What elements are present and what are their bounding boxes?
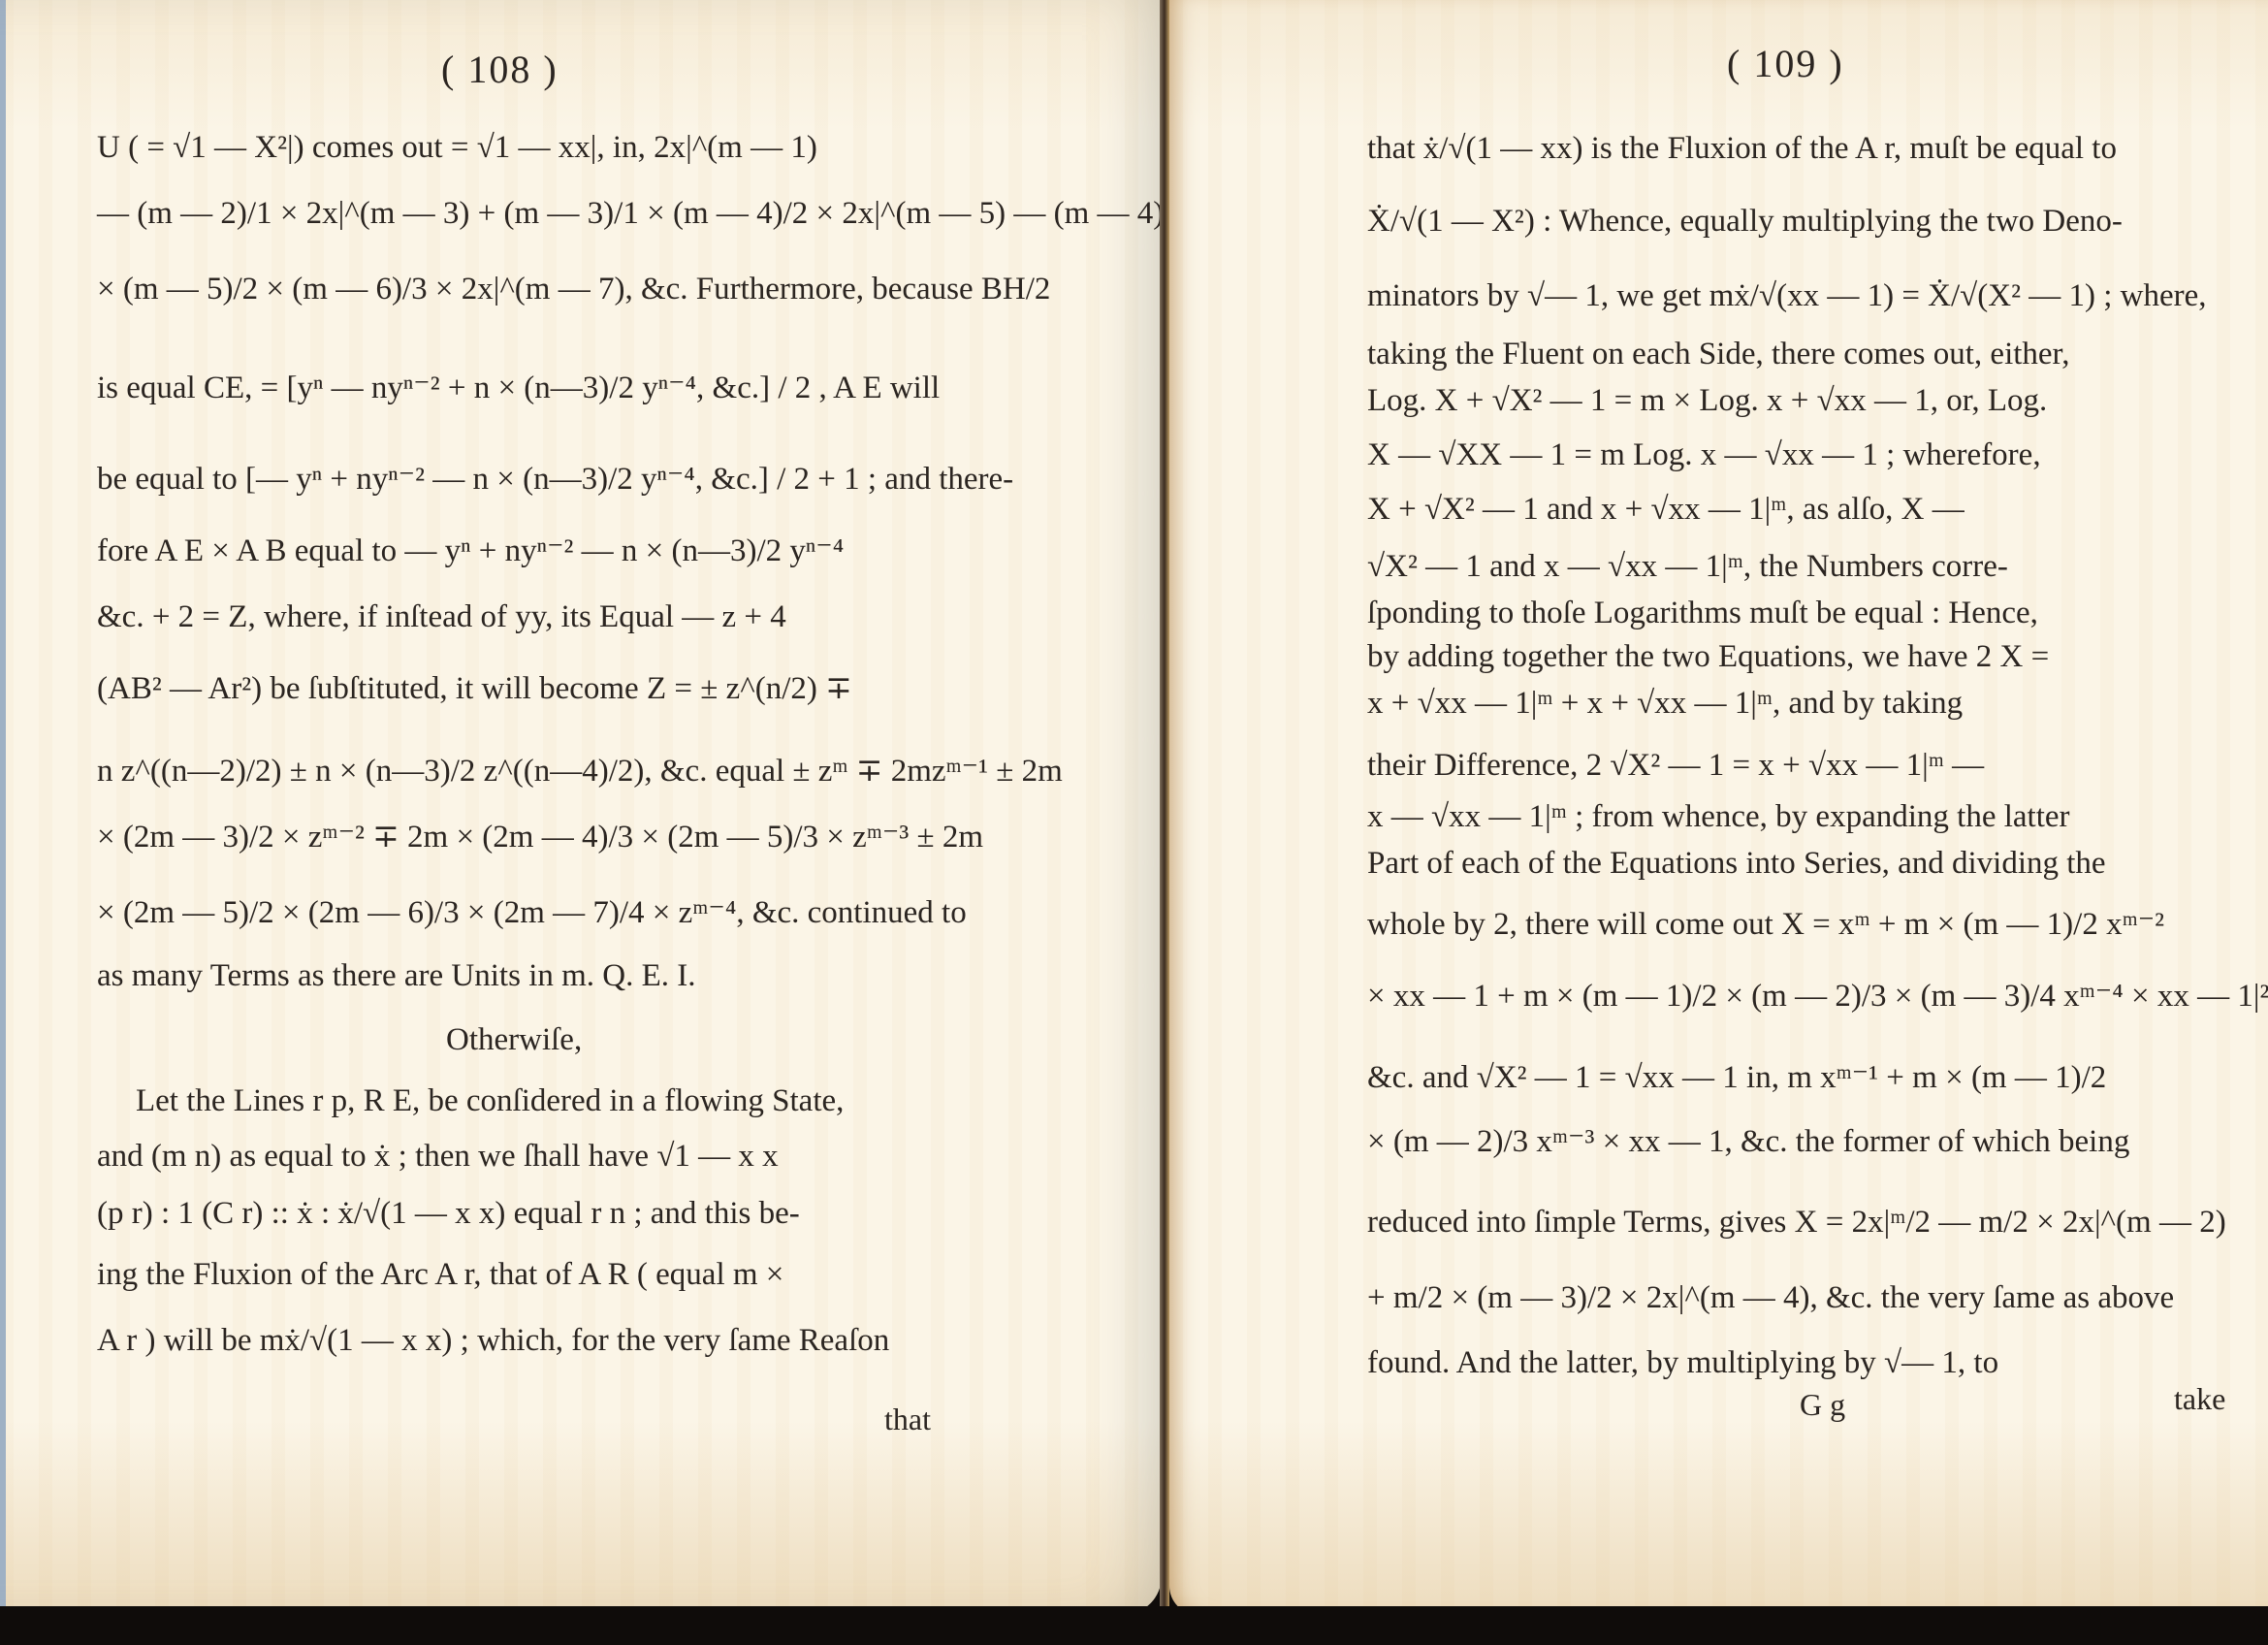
text-line: Ẋ/√(1 — X²) : Whence, equally multiplyin…	[1367, 202, 2123, 241]
paragraph-line: A r ) will be mẋ/√(1 — x x) ; which, for…	[97, 1321, 889, 1360]
text-line: × xx — 1 + m × (m — 1)/2 × (m — 2)/3 × (…	[1367, 977, 2268, 1016]
text-line: Part of each of the Equations into Serie…	[1367, 844, 2106, 883]
text-line: taking the Fluent on each Side, there co…	[1367, 335, 2069, 373]
page-number-108: ( 108 )	[441, 50, 559, 89]
text-line: ſponding to thoſe Logarithms muſt be equ…	[1367, 594, 2038, 632]
text-line: — (m — 2)/1 × 2x|^(m — 3) + (m — 3)/1 × …	[97, 194, 1189, 233]
text-line: x — √xx — 1|ᵐ ; from whence, by expandin…	[1367, 797, 2070, 836]
catchword: that	[884, 1400, 931, 1438]
text-line: &c. and √X² — 1 = √xx — 1 in, m xᵐ⁻¹ + m…	[1367, 1058, 2106, 1097]
text-line: fore A E × A B equal to — yⁿ + nyⁿ⁻² — n…	[97, 532, 844, 570]
book-gutter	[1160, 0, 1169, 1645]
text-line: X + √X² — 1 and x + √xx — 1|ᵐ, as alſo, …	[1367, 490, 1965, 529]
text-line: Log. X + √X² — 1 = m × Log. x + √xx — 1,…	[1367, 381, 2047, 420]
text-line: by adding together the two Equations, we…	[1367, 637, 2049, 676]
text-line: × (2m — 3)/2 × zᵐ⁻² ∓ 2m × (2m — 4)/3 × …	[97, 818, 983, 856]
text-line: x + √xx — 1|ᵐ + x + √xx — 1|ᵐ, and by ta…	[1367, 684, 1963, 723]
paragraph-line: and (m n) as equal to ẋ ; then we ſhall …	[97, 1137, 779, 1176]
text-line: + m/2 × (m — 3)/2 × 2x|^(m — 4), &c. the…	[1367, 1278, 2174, 1317]
catchword: take	[2174, 1379, 2225, 1418]
paragraph-line: ing the Fluxion of the Arc A r, that of …	[97, 1255, 783, 1294]
text-line: (AB² — Ar²) be ſubſtituted, it will beco…	[97, 669, 852, 708]
text-line: reduced into ſimple Terms, gives X = 2x|…	[1367, 1203, 2226, 1242]
book-edge-shadow	[0, 1606, 2268, 1645]
text-line: whole by 2, there will come out X = xᵐ +…	[1367, 905, 2164, 944]
right-page: ( 109 ) that ẋ/√(1 — xx) is the Fluxion …	[1169, 0, 2268, 1615]
paragraph-line: Let the Lines r p, R E, be conſidered in…	[136, 1081, 844, 1120]
text-line: is equal CE, = [yⁿ — nyⁿ⁻² + n × (n—3)/2…	[97, 369, 940, 407]
subheading-otherwise: Otherwiſe,	[446, 1020, 582, 1059]
paragraph-line: (p r) : 1 (C r) :: ẋ : ẋ/√(1 — x x) equa…	[97, 1194, 800, 1233]
text-line: their Difference, 2 √X² — 1 = x + √xx — …	[1367, 746, 1984, 785]
left-page: ( 108 ) U ( = √1 — X²|) comes out = √1 —…	[0, 0, 1162, 1615]
text-line: found. And the latter, by multiplying by…	[1367, 1343, 1998, 1382]
signature-mark: G g	[1800, 1385, 1845, 1424]
text-line: U ( = √1 — X²|) comes out = √1 — xx|, in…	[97, 128, 817, 167]
text-line: × (2m — 5)/2 × (2m — 6)/3 × (2m — 7)/4 ×…	[97, 893, 967, 932]
text-line: × (m — 5)/2 × (m — 6)/3 × 2x|^(m — 7), &…	[97, 270, 1050, 308]
text-line: X — √XX — 1 = m Log. x — √xx — 1 ; where…	[1367, 435, 2041, 474]
text-line: that ẋ/√(1 — xx) is the Fluxion of the A…	[1367, 129, 2117, 168]
text-line: be equal to [— yⁿ + nyⁿ⁻² — n × (n—3)/2 …	[97, 460, 1013, 499]
text-line: as many Terms as there are Units in m. Q…	[97, 956, 696, 995]
text-line: √X² — 1 and x — √xx — 1|ᵐ, the Numbers c…	[1367, 547, 2008, 586]
text-line: n z^((n—2)/2) ± n × (n—3)/2 z^((n—4)/2),…	[97, 752, 1063, 790]
text-line: × (m — 2)/3 xᵐ⁻³ × xx — 1, &c. the forme…	[1367, 1122, 2129, 1161]
text-line: minators by √— 1, we get mẋ/√(xx — 1) = …	[1367, 276, 2207, 315]
text-line: &c. + 2 = Z, where, if inſtead of yy, it…	[97, 597, 786, 636]
page-number-109: ( 109 )	[1727, 45, 1844, 83]
